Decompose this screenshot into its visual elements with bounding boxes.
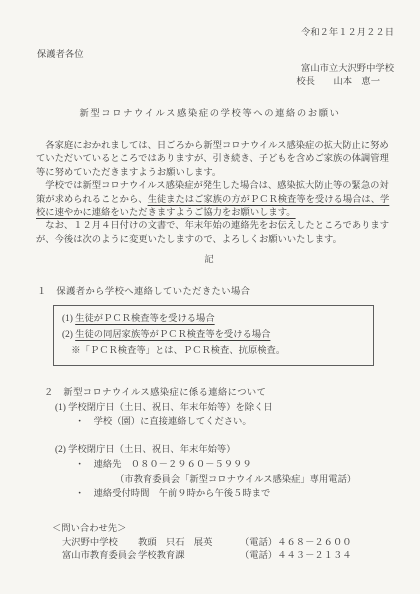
text-segment: なお、１２月４日付けの文書で、年末年始の連絡先をお伝えしたところであります	[36, 221, 389, 231]
body-line: 学校では新型コロナウイルス感染症が発生した場合は、感染拡大防止等の緊急の対	[36, 180, 420, 193]
notice-box: (1) 生徒がＰＣＲ検査等を受ける場合 (2) 生徒の同居家族等がＰＣＲ検査等を…	[53, 305, 374, 366]
notice-box-line: (2) 生徒の同居家族等がＰＣＲ検査等を受ける場合	[62, 327, 367, 343]
section2-item: (2) 学校閉庁日（土日、祝日、年末年始等）	[0, 443, 420, 458]
text-segment: 学校では新型コロナウイルス感染症が発生した場合は、感染拡大防止等の緊急の対	[36, 181, 389, 191]
contact-row: 大沢野中学校 教頭 只石 展英 （電話）４６８－２６００	[0, 537, 420, 551]
text-segment: (2)	[62, 330, 75, 340]
contact-person: 教頭 只石 展英	[138, 537, 240, 551]
text-segment: ※「ＰＣＲ検査等」とは、ＰＣＲ検査、抗原検査。	[62, 346, 285, 356]
school-name: 富山市立大沢野中学校	[0, 63, 420, 76]
section2-subitem: ・ 学校（園）に直接連絡してください。	[0, 415, 420, 430]
text-segment: (1)	[62, 314, 75, 324]
contact-block: ＜問い合わせ先＞ 大沢野中学校 教頭 只石 展英 （電話）４６８－２６００ 富山…	[0, 523, 420, 564]
contact-row: 富山市教育委員会 学校教育課 （電話）４４３－２１３４	[0, 550, 420, 564]
body-line: が、今後は次のように変更いたしますので、よろしくお願いいたします。	[36, 234, 420, 247]
contact-tel: （電話）４４３－２１３４	[240, 550, 352, 564]
section2-subitem-phone: ・ 連絡先 ０８０－２９６０－５９９９	[0, 458, 420, 473]
body-line: ていただいているところではありますが、引き続き、子どもを含めご家族の体調管理	[36, 153, 420, 166]
addressee: 保護者各位	[0, 49, 420, 62]
text-segment: 策が求められることから、	[36, 195, 148, 205]
contact-heading: ＜問い合わせ先＞	[0, 523, 420, 536]
text-segment: 等に努めていただきますようお願いします。	[36, 168, 221, 178]
notice-box-line: ※「ＰＣＲ検査等」とは、ＰＣＲ検査、抗原検査。	[62, 343, 367, 359]
text-segment: が、今後は次のように変更いたしますので、よろしくお願いいたします。	[36, 235, 342, 245]
contact-person: 学校教育課	[138, 550, 240, 564]
text-segment: 各家庭におかれましては、日ごろから新型コロナウイルス感染症の拡大防止に努め	[36, 141, 389, 151]
section2-item: (1) 学校閉庁日（土日、祝日、年末年始等）を除く日	[0, 401, 420, 416]
section1-heading: １ 保護者から学校へ連絡していただきたい場合	[0, 286, 420, 299]
principal-name: 校長 山本 恵一	[0, 76, 420, 89]
section2-subitem-note: （市教育委員会「新型コロナウイルス感染症」専用電話）	[0, 473, 420, 488]
text-segment: ていただいているところではありますが、引き続き、子どもを含めご家族の体調管理	[36, 154, 389, 164]
letter-date: 令和２年１２月２２日	[0, 0, 420, 40]
underlined-text: 生徒またはご家族の方がＰＣＲ検査等を受ける場合は、学	[148, 195, 390, 205]
section2-heading: ２ 新型コロナウイルス感染症に係る連絡について	[0, 387, 420, 400]
contact-org: 大沢野中学校	[62, 537, 138, 551]
letter-page: 令和２年１２月２２日 保護者各位 富山市立大沢野中学校 校長 山本 恵一 新型コ…	[0, 0, 420, 594]
section2-subitem-hours: ・ 連絡受付時間 午前９時から午後５時まで	[0, 487, 420, 502]
body-line: なお、１２月４日付けの文書で、年末年始の連絡先をお伝えしたところであります	[36, 220, 420, 233]
document-title: 新型コロナウイルス感染症の学校等への連絡のお願い	[0, 108, 420, 121]
contact-tel: （電話）４６８－２６００	[240, 537, 352, 551]
body-text: 各家庭におかれましては、日ごろから新型コロナウイルス感染症の拡大防止に努め てい…	[0, 140, 420, 247]
underlined-text: 生徒がＰＣＲ検査等を受ける場合	[75, 314, 214, 324]
body-line: 各家庭におかれましては、日ごろから新型コロナウイルス感染症の拡大防止に努め	[36, 140, 420, 153]
underlined-text: 校に速やかに連絡をいただきますようご協力をお願いします。	[36, 208, 296, 218]
record-marker: 記	[0, 254, 420, 267]
body-line: 等に努めていただきますようお願いします。	[36, 167, 420, 180]
underlined-text: 生徒の同居家族等がＰＣＲ検査等を受ける場合	[75, 330, 270, 340]
notice-box-line: (1) 生徒がＰＣＲ検査等を受ける場合	[62, 311, 367, 327]
body-line: 校に速やかに連絡をいただきますようご協力をお願いします。	[36, 207, 420, 220]
body-line: 策が求められることから、生徒またはご家族の方がＰＣＲ検査等を受ける場合は、学	[36, 194, 420, 207]
contact-org: 富山市教育委員会	[62, 550, 138, 564]
